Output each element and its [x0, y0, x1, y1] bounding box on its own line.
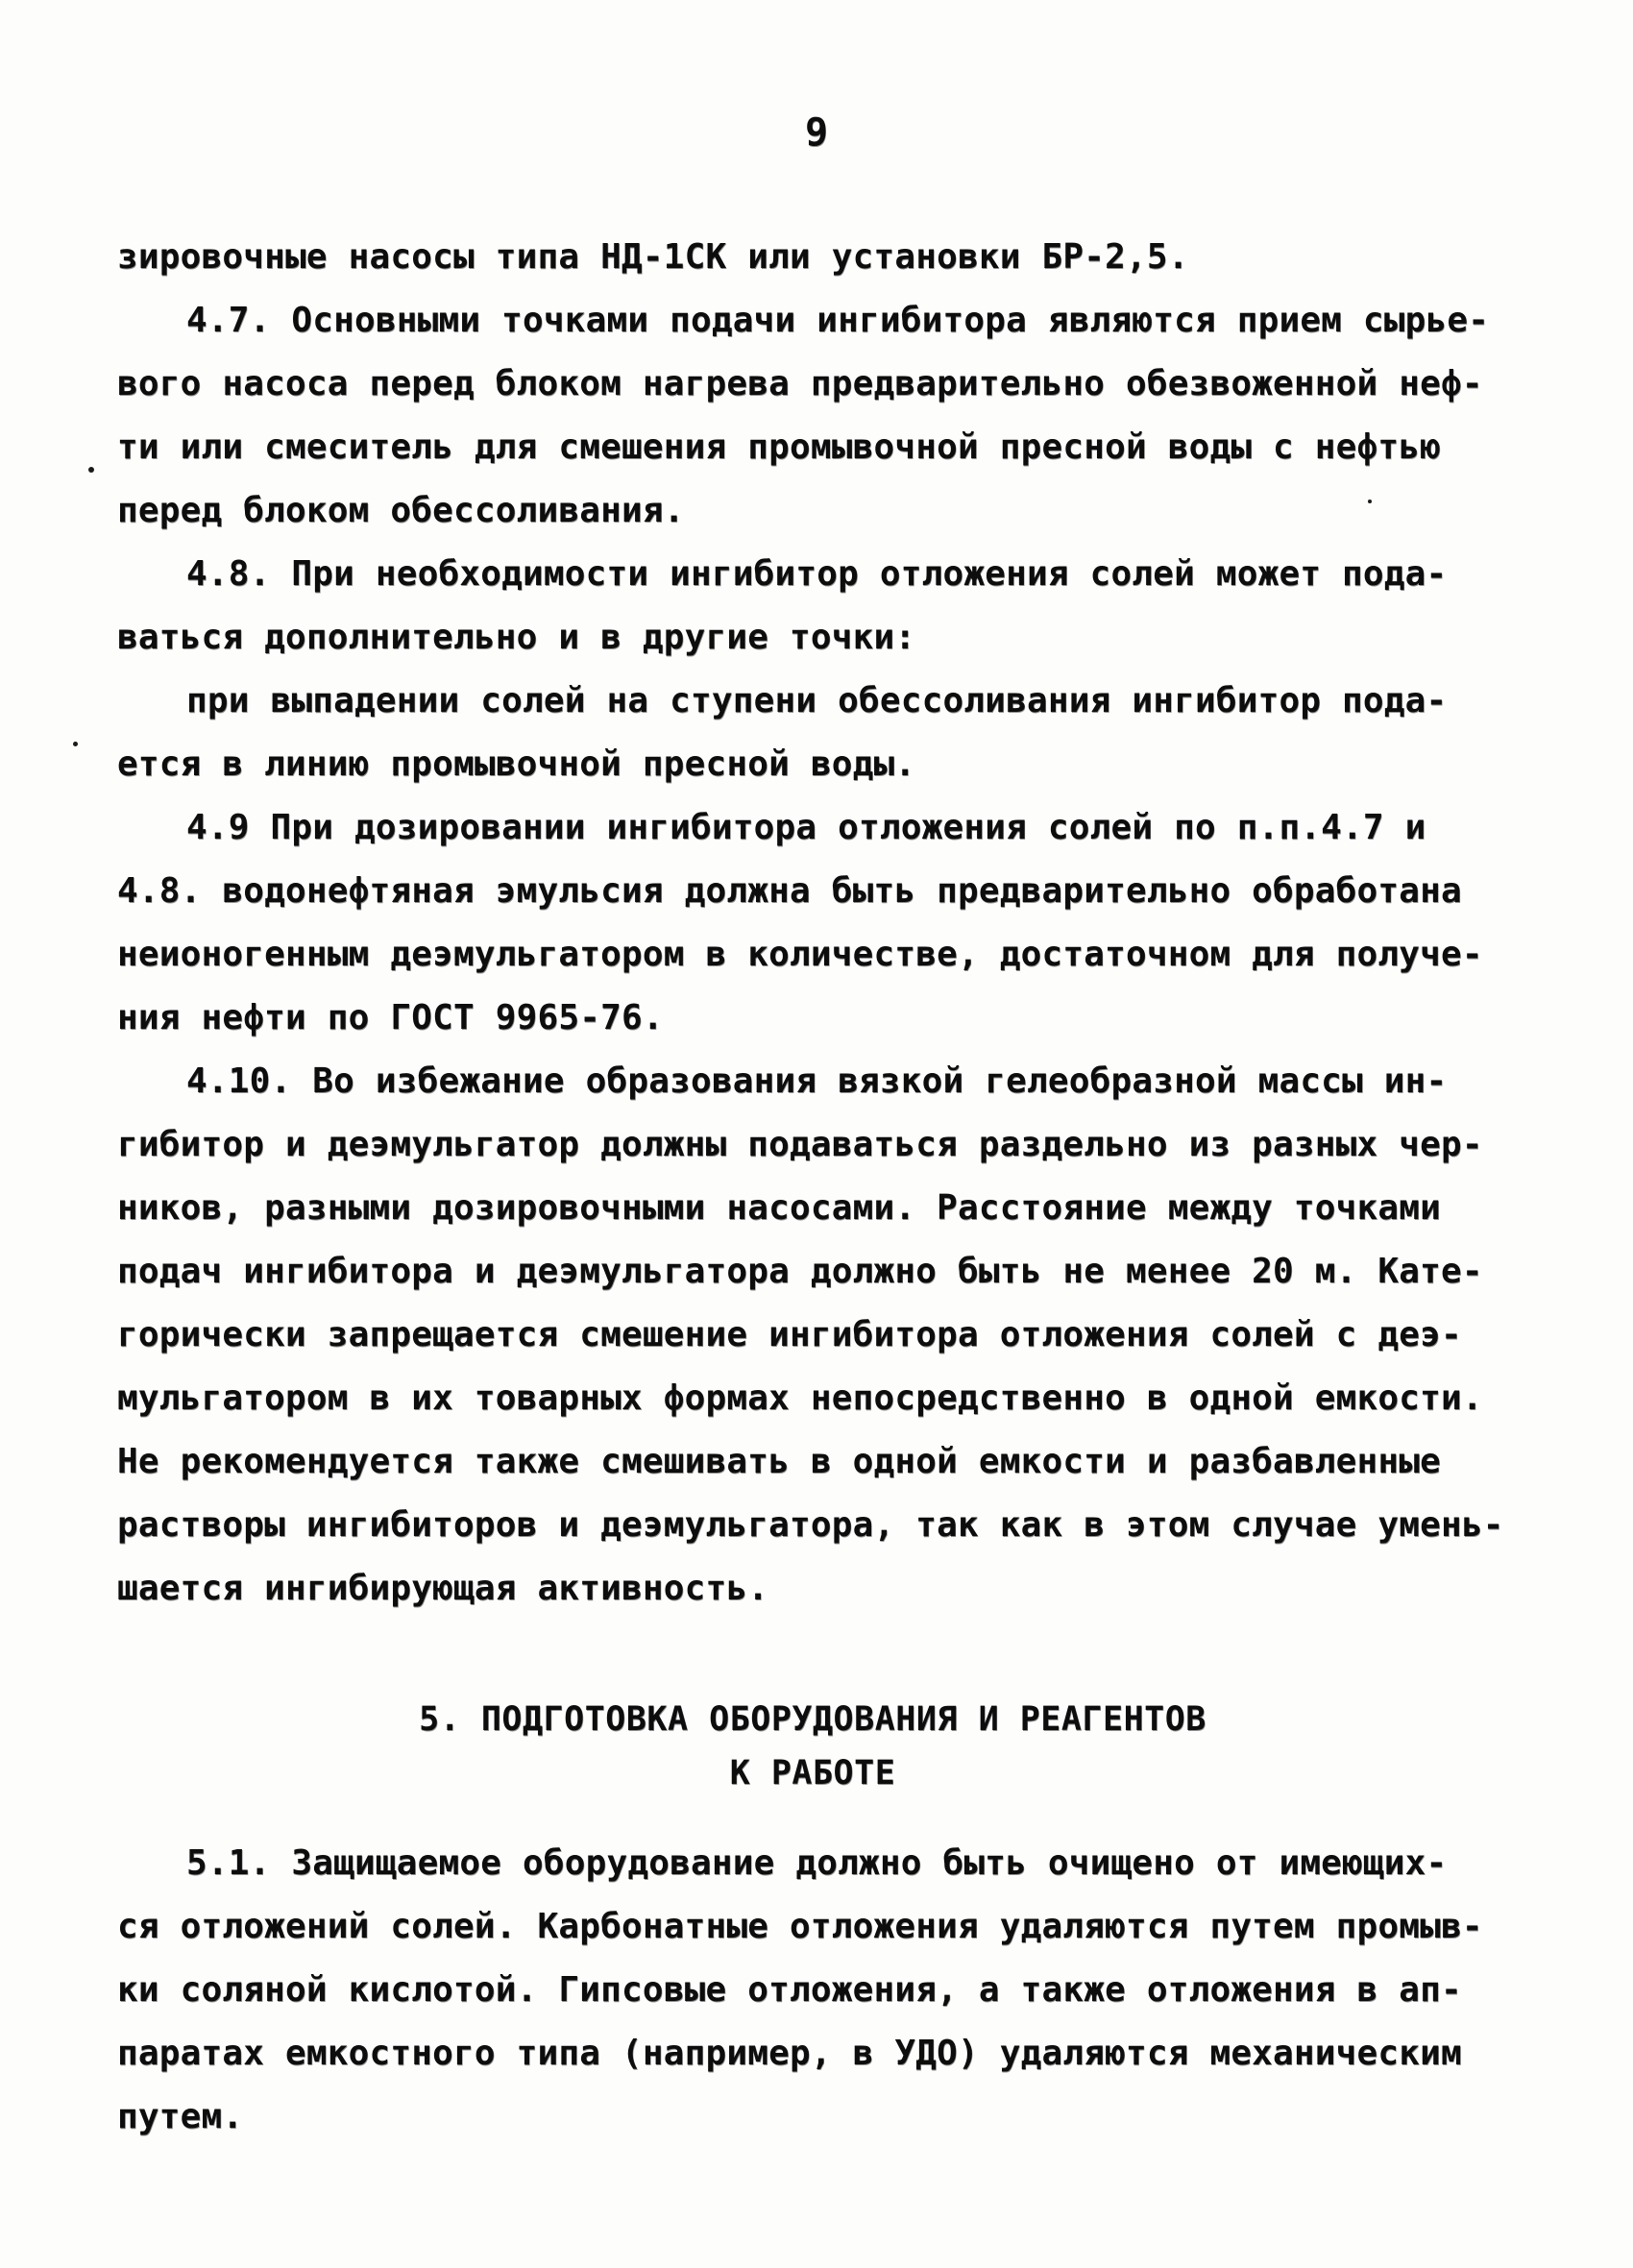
- text-line: шается ингибирующая активность.: [117, 1557, 1508, 1621]
- paragraph-4-8: 4.8. При необходимости ингибитор отложен…: [117, 543, 1508, 670]
- text-line: неионогенным деэмульгатором в количестве…: [117, 923, 1508, 987]
- text-line: 4.8. При необходимости ингибитор отложен…: [117, 543, 1508, 606]
- paragraph-5-1: 5.1. Защищаемое оборудование должно быть…: [117, 1832, 1508, 2149]
- scan-speck: [73, 742, 78, 746]
- paragraph-4-9: 4.9 При дозировании ингибитора отложения…: [117, 796, 1508, 1050]
- text-line: мульгатором в их товарных формах непосре…: [117, 1367, 1508, 1430]
- text-line: растворы ингибиторов и деэмульгатора, та…: [117, 1494, 1508, 1557]
- text-line: путем.: [117, 2085, 1508, 2149]
- text-line: вого насоса перед блоком нагрева предвар…: [117, 353, 1508, 416]
- text-line: при выпадении солей на ступени обессолив…: [117, 670, 1508, 733]
- text-line: 4.10. Во избежание образования вязкой ге…: [117, 1050, 1508, 1113]
- text-line: горически запрещается смешение ингибитор…: [117, 1304, 1508, 1367]
- page-number: 9: [0, 108, 1633, 158]
- text-line: ваться дополнительно и в другие точки:: [117, 606, 1508, 670]
- text-line: ния нефти по ГОСТ 9965-76.: [117, 987, 1508, 1050]
- scan-speck: [88, 467, 94, 473]
- section-heading-line: 5. ПОДГОТОВКА ОБОРУДОВАНИЯ И РЕАГЕНТОВ: [117, 1693, 1508, 1746]
- text-line: ется в линию промывочной пресной воды.: [117, 733, 1508, 796]
- text-line: ников, разными дозировочными насосами. Р…: [117, 1177, 1508, 1240]
- text-line: подач ингибитора и деэмульгатора должно …: [117, 1240, 1508, 1304]
- text-line: 4.7. Основными точками подачи ингибитора…: [117, 289, 1508, 353]
- text-line: ки соляной кислотой. Гипсовые отложения,…: [117, 1959, 1508, 2022]
- document-page: 9 зировочные насосы типа НД-1СК или уста…: [0, 0, 1633, 2268]
- document-body: зировочные насосы типа НД-1СК или устано…: [117, 226, 1508, 2149]
- text-line: ся отложений солей. Карбонатные отложени…: [117, 1895, 1508, 1959]
- text-line: ти или смеситель для смешения промывочно…: [117, 416, 1508, 479]
- text-line: Не рекомендуется также смешивать в одной…: [117, 1430, 1508, 1494]
- paragraph-4-8-subitem: при выпадении солей на ступени обессолив…: [117, 670, 1508, 796]
- paragraph-continuation: зировочные насосы типа НД-1СК или устано…: [117, 226, 1508, 289]
- text-line: перед блоком обессоливания.: [117, 479, 1508, 543]
- paragraph-4-10: 4.10. Во избежание образования вязкой ге…: [117, 1050, 1508, 1621]
- text-line: 4.9 При дозировании ингибитора отложения…: [117, 796, 1508, 860]
- section-5-heading: 5. ПОДГОТОВКА ОБОРУДОВАНИЯ И РЕАГЕНТОВ К…: [117, 1693, 1508, 1800]
- section-heading-line: К РАБОТЕ: [117, 1746, 1508, 1800]
- text-line: гибитор и деэмульгатор должны подаваться…: [117, 1113, 1508, 1177]
- text-line: зировочные насосы типа НД-1СК или устано…: [117, 226, 1508, 289]
- text-line: 5.1. Защищаемое оборудование должно быть…: [117, 1832, 1508, 1895]
- paragraph-4-7: 4.7. Основными точками подачи ингибитора…: [117, 289, 1508, 543]
- text-line: 4.8. водонефтяная эмульсия должна быть п…: [117, 860, 1508, 923]
- text-line: паратах емкостного типа (например, в УДО…: [117, 2022, 1508, 2085]
